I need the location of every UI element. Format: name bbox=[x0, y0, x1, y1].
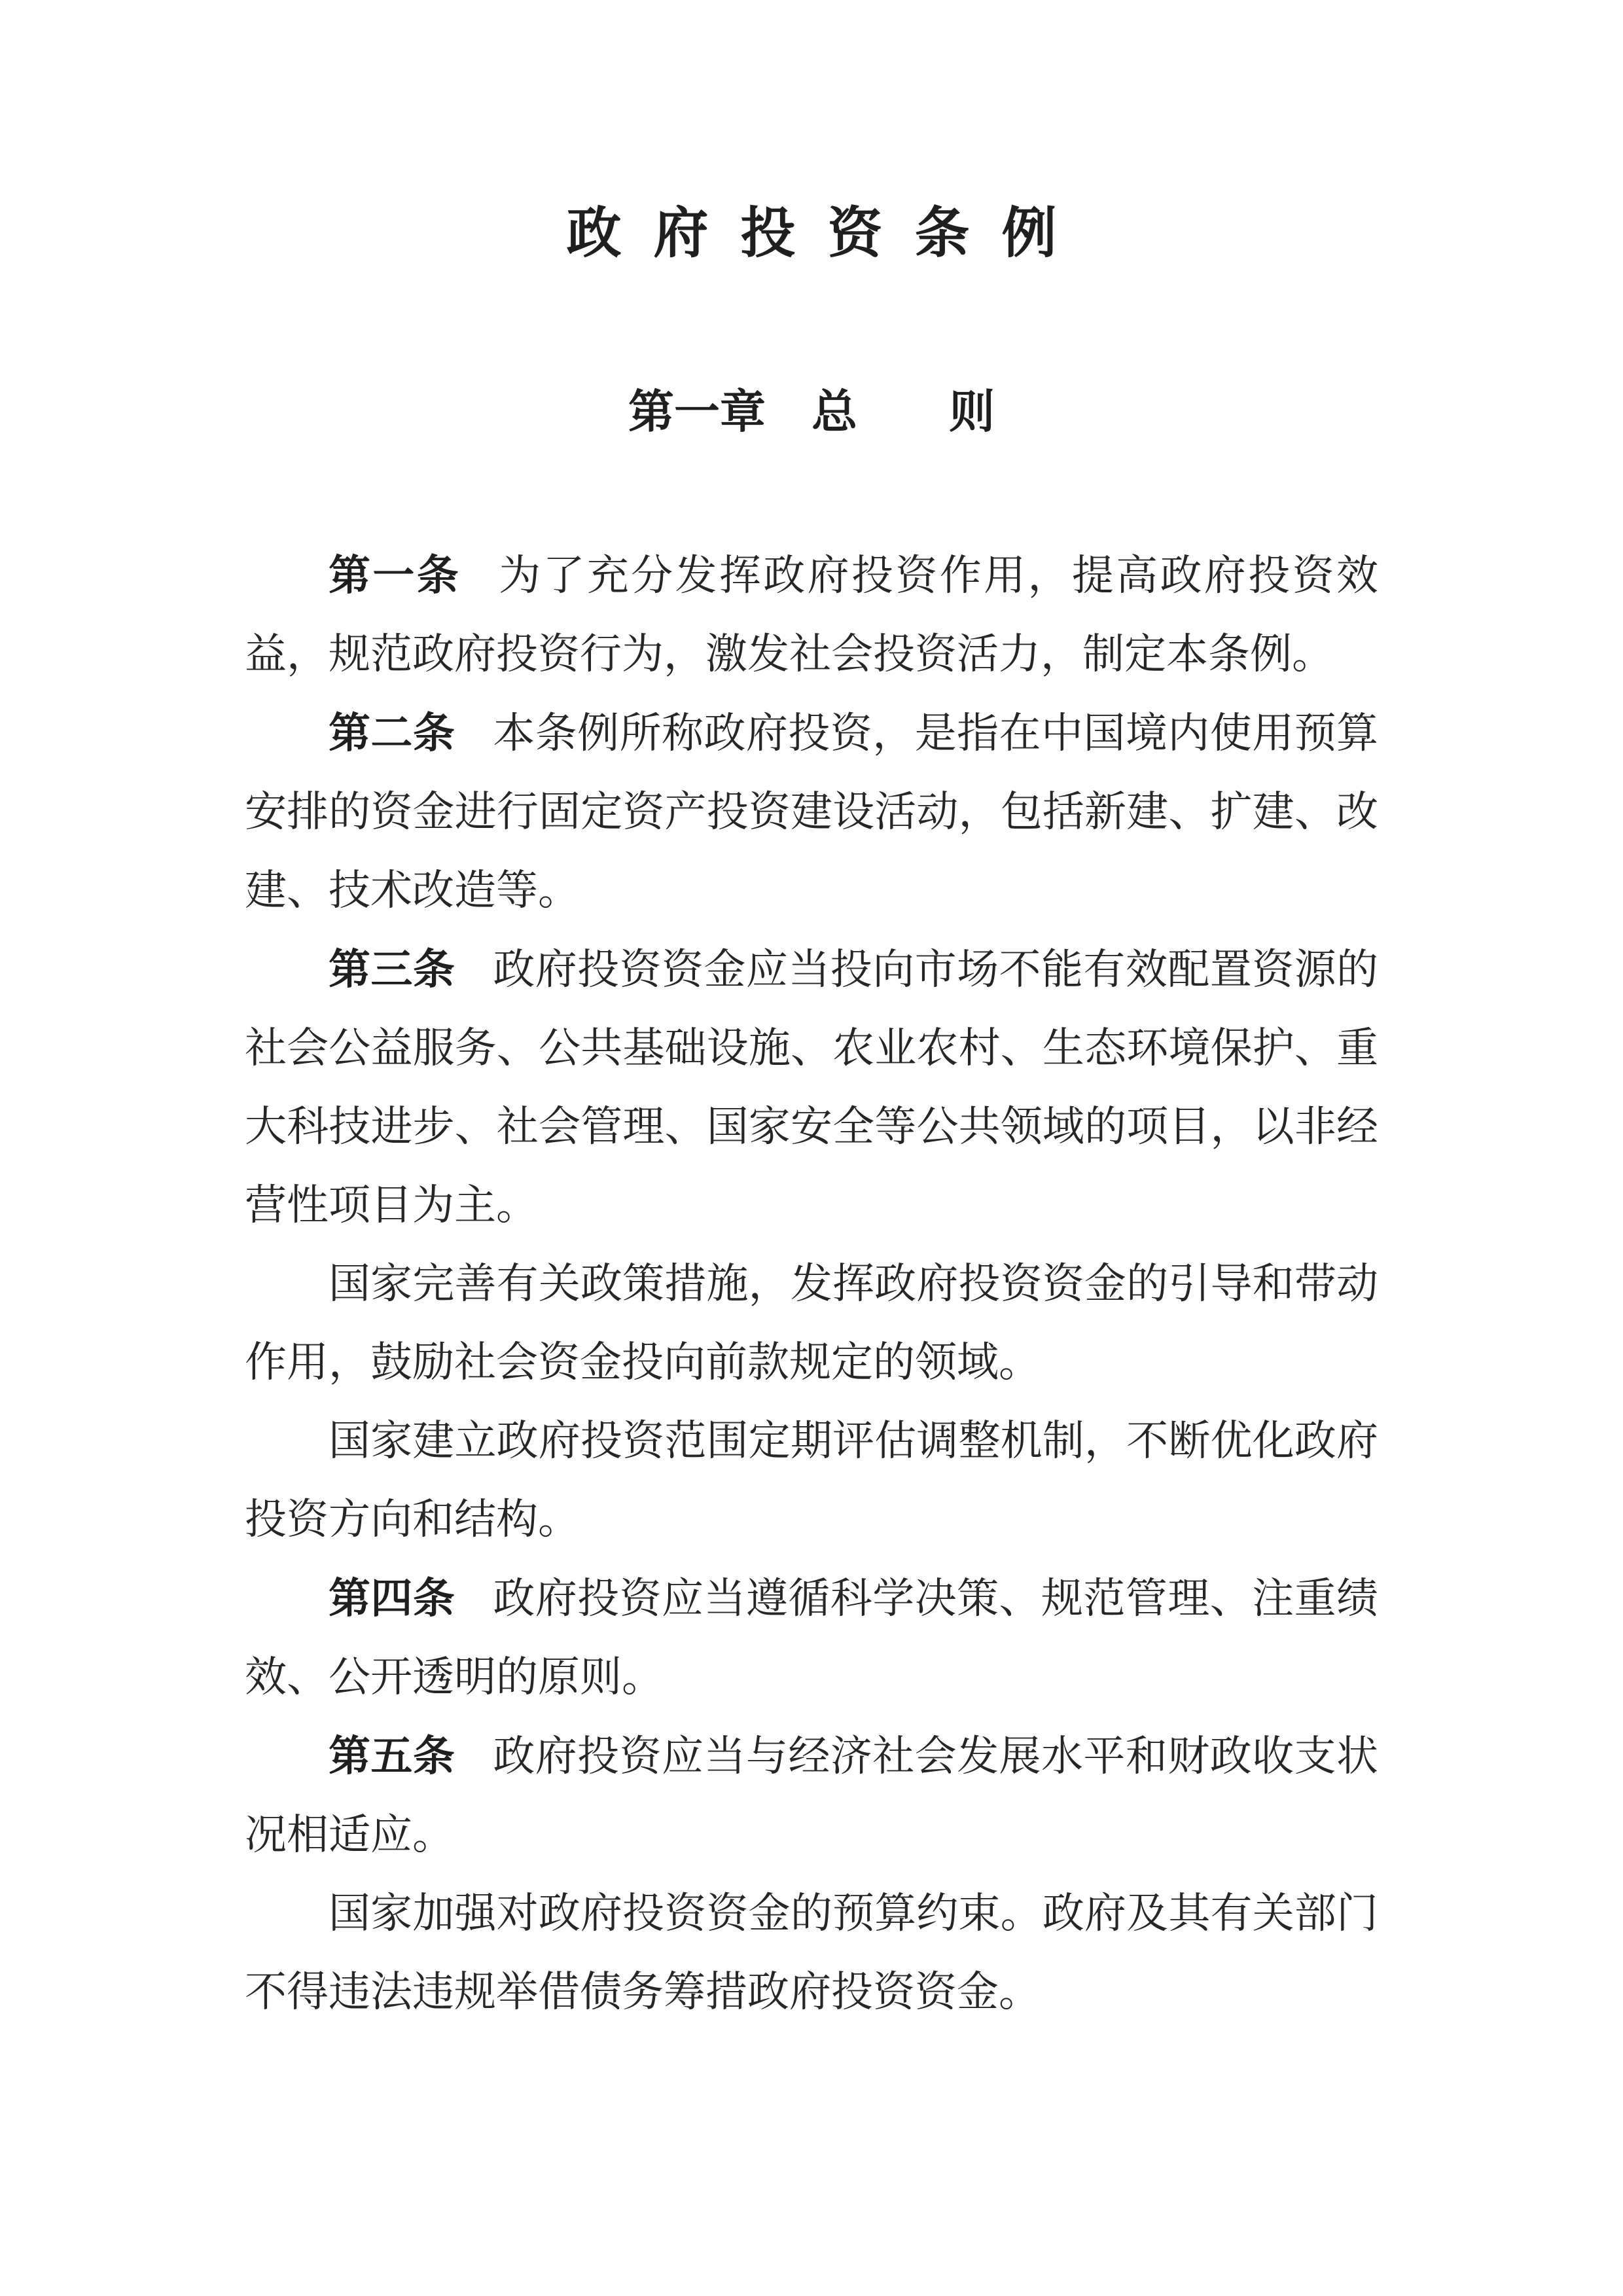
article-text: 国家加强对政府投资资金的预算约束。政府及其有关部门不得违法违规举借债务筹措政府投… bbox=[245, 1890, 1378, 2015]
continuation-paragraph: 国家完善有关政策措施，发挥政府投资资金的引导和带动作用，鼓励社会资金投向前款规定… bbox=[245, 1245, 1378, 1402]
article-paragraph: 第一条为了充分发挥政府投资作用，提高政府投资效益，规范政府投资行为，激发社会投资… bbox=[245, 536, 1378, 694]
document-page: 政府投资条例 第一章 总 则 第一条为了充分发挥政府投资作用，提高政府投资效益，… bbox=[0, 0, 1623, 2296]
article-paragraph: 第三条政府投资资金应当投向市场不能有效配置资源的社会公益服务、公共基础设施、农业… bbox=[245, 930, 1378, 1245]
article-paragraph: 第五条政府投资应当与经济社会发展水平和财政收支状况相适应。 bbox=[245, 1717, 1378, 1874]
article-text: 国家完善有关政策措施，发挥政府投资资金的引导和带动作用，鼓励社会资金投向前款规定… bbox=[245, 1261, 1378, 1386]
continuation-paragraph: 国家建立政府投资范围定期评估调整机制，不断优化政府投资方向和结构。 bbox=[245, 1402, 1378, 1559]
article-number-label: 第五条 bbox=[329, 1732, 455, 1780]
chapter-heading: 第一章 总 则 bbox=[0, 387, 1623, 437]
continuation-paragraph: 国家加强对政府投资资金的预算约束。政府及其有关部门不得违法违规举借债务筹措政府投… bbox=[245, 1874, 1378, 2032]
article-text: 国家建立政府投资范围定期评估调整机制，不断优化政府投资方向和结构。 bbox=[245, 1418, 1378, 1543]
article-number-label: 第三条 bbox=[329, 946, 455, 993]
document-body: 第一条为了充分发挥政府投资作用，提高政府投资效益，规范政府投资行为，激发社会投资… bbox=[245, 536, 1378, 2032]
article-number-label: 第二条 bbox=[329, 709, 455, 757]
article-number-label: 第四条 bbox=[329, 1575, 455, 1622]
article-number-label: 第一条 bbox=[329, 552, 461, 599]
article-paragraph: 第二条本条例所称政府投资，是指在中国境内使用预算安排的资金进行固定资产投资建设活… bbox=[245, 694, 1378, 930]
document-title: 政府投资条例 bbox=[0, 207, 1623, 262]
article-paragraph: 第四条政府投资应当遵循科学决策、规范管理、注重绩效、公开透明的原则。 bbox=[245, 1559, 1378, 1717]
